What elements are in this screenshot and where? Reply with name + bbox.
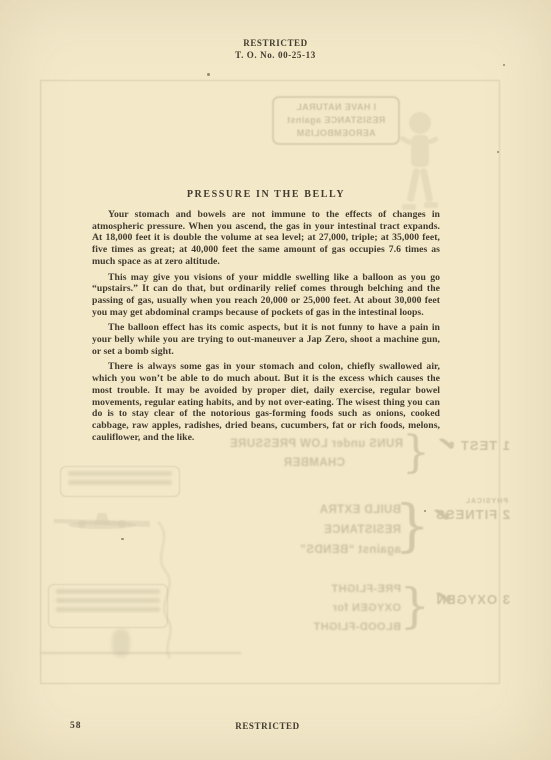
scan-speck [424, 510, 426, 512]
scan-speck [207, 73, 210, 76]
bleed-checkmark-icon: ✔ [431, 501, 453, 529]
bleed-caption-box [60, 466, 180, 497]
scan-speck [497, 151, 499, 153]
smudge-line [68, 471, 172, 476]
bleed-note-line: BUILD EXTRA [300, 500, 401, 520]
bleed-bottom-caption-box [48, 584, 168, 628]
bleed-checkmark-icon: ✔ [433, 584, 455, 612]
paragraph-4: There is always some gas in your stomach… [92, 361, 440, 443]
bleed-airplane-icon [44, 505, 160, 541]
paragraph-2: This may give you visions of your middle… [92, 272, 440, 319]
footer-classification: RESTRICTED [0, 721, 535, 731]
header-classification: RESTRICTED [0, 37, 551, 49]
bleed-item1-label: 1 TEST [460, 438, 510, 453]
bleed-brace-icon: { [399, 578, 430, 634]
text-column: PRESSURE IN THE BELLY Your stomach and b… [92, 189, 440, 447]
scanned-document-page: I HAVE NATURAL RESISTANCE against AEROEM… [0, 0, 551, 760]
header-order-number: T. O. No. 00-25-13 [0, 49, 551, 61]
bleed-small-figure [112, 629, 130, 657]
bleed-item2-sublabel: PHYSICAL [465, 498, 508, 505]
article-title: PRESSURE IN THE BELLY [92, 189, 440, 200]
bleed-river-squiggle [136, 520, 196, 660]
bleed-note-line: BLOOD-FLIGHT [313, 618, 401, 637]
bleed-bubble-line: I HAVE NATURAL [276, 101, 396, 114]
smudge-line [56, 598, 160, 603]
bleed-item3-note: PRE-FLIGHT OXYGEN for BLOOD-FLIGHT [313, 580, 401, 637]
bleed-note-line: PRE-FLIGHT [313, 580, 401, 599]
scan-speck [121, 538, 124, 540]
paragraph-1: Your stomach and bowels are not immune t… [92, 209, 440, 268]
bleed-item2-label: 2 FITNESS [435, 507, 510, 522]
bleed-speech-bubble: I HAVE NATURAL RESISTANCE against AEROEM… [272, 96, 400, 145]
bleed-bubble-line: RESISTANCE against [276, 114, 396, 127]
bleed-note-line: against “BENDS” [300, 540, 401, 560]
bleed-note-line: OXYGEN for [313, 599, 401, 618]
bleed-item2-note: BUILD EXTRA RESISTANCE against “BENDS” [300, 500, 401, 560]
bleed-ground-line [40, 652, 241, 654]
bleed-note-line: CHAMBER [230, 454, 345, 473]
bleed-item3-label: 3 OXYGEN [436, 592, 510, 607]
page-header: RESTRICTED T. O. No. 00-25-13 [0, 37, 551, 61]
paragraph-3: The balloon effect has its comic aspects… [92, 322, 440, 357]
smudge-line [56, 589, 160, 594]
bleed-note-line: RESISTANCE [300, 520, 401, 540]
smudge-line [68, 480, 172, 485]
smudge-line [56, 607, 160, 612]
bleed-bubble-line: AEROEMBOLISM [276, 127, 396, 140]
bleed-brace-icon: { [394, 494, 430, 559]
scan-speck [503, 64, 505, 66]
